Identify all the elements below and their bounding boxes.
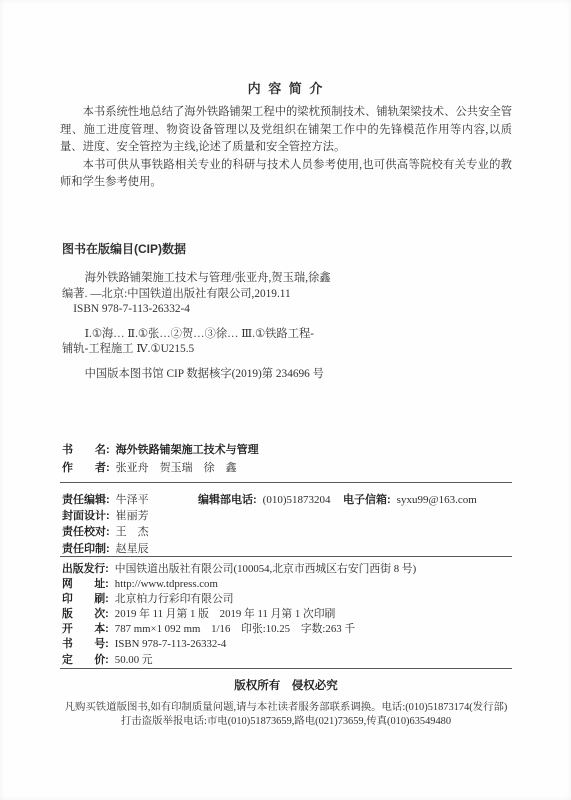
format-label: 开 本: [62, 623, 109, 635]
cip-classification-line-1: Ⅰ.①海… Ⅱ.①张…②贺…③徐… Ⅲ.①铁路工程- [62, 327, 380, 343]
book-title-label: 书 名: [62, 444, 110, 456]
edition-row: 版 次:2019 年 11 月第 1 版 2019 年 11 月第 1 次印刷 [62, 607, 522, 622]
editor-cell: 责任编辑:牛泽平 [62, 492, 149, 508]
copyright-page: 内 容 简 介 本书系统性地总结了海外铁路铺架工程中的梁枕预制技术、铺轨架梁技术… [0, 0, 571, 800]
piracy-report-line: 打击盗版举报电话:市电(010)51873659,路电(021)73659,传真… [60, 715, 512, 729]
isbn-label: 书 号: [62, 638, 109, 650]
book-author-value: 张亚舟 贺玉瑞 徐 鑫 [116, 462, 237, 474]
cip-classification-line-2: 铺轨-工程施工 Ⅳ.①U215.5 [62, 342, 380, 358]
dept-phone-label: 编辑部电话: [198, 494, 257, 506]
proofreader-value: 王 杰 [116, 526, 149, 538]
proofreader-label: 责任校对: [62, 526, 110, 538]
print-supervisor-value: 赵星辰 [116, 543, 149, 555]
cip-isbn: ISBN 978-7-113-26332-4 [62, 302, 380, 318]
email-value: syxu99@163.com [397, 494, 477, 506]
staff-section: 责任编辑:牛泽平 编辑部电话:(010)51873204 电子信箱:syxu99… [62, 492, 512, 557]
cover-design-label: 封面设计: [62, 510, 110, 522]
cip-record-number: 中国版本图书馆 CIP 数据核字(2019)第 234696 号 [62, 367, 380, 383]
dept-phone-cell: 编辑部电话:(010)51873204 [198, 492, 331, 508]
price-label: 定 价: [62, 654, 109, 666]
edition-value: 2019 年 11 月第 1 版 2019 年 11 月第 1 次印刷 [115, 608, 336, 620]
copyright-notice: 版权所有 侵权必究 [60, 677, 512, 693]
book-author-label: 作 者: [62, 462, 110, 474]
book-title-row: 书 名:海外铁路铺架施工技术与管理 [62, 441, 512, 459]
cip-publisher-line: 编著. —北京:中国铁道出版社有限公司,2019.11 [62, 287, 380, 303]
summary-paragraph-1: 本书系统性地总结了海外铁路铺架工程中的梁枕预制技术、铺轨架梁技术、公共安全管理、… [60, 104, 512, 157]
format-row: 开 本:787 mm×1 092 mm 1/16 印张:10.25 字数:263… [62, 622, 522, 637]
cip-heading: 图书在版编目(CIP)数据 [62, 240, 380, 257]
format-value: 787 mm×1 092 mm 1/16 印张:10.25 字数:263 千 [115, 623, 355, 635]
edition-label: 版 次: [62, 608, 109, 620]
editor-value: 牛泽平 [116, 494, 149, 506]
divider-1 [60, 482, 512, 483]
website-row: 网 址:http://www.tdpress.com [62, 577, 522, 592]
summary-paragraph-2: 本书可供从事铁路相关专业的科研与技术人员参考使用,也可供高等院校有关专业的教师和… [60, 157, 512, 192]
summary-title: 内 容 简 介 [60, 78, 512, 97]
service-contact-line: 凡购买铁道版图书,如有印制质量问题,请与本社读者服务部联系调换。电话:(010)… [60, 701, 512, 715]
cover-design-value: 崔丽芳 [116, 510, 149, 522]
staff-row-print-supervisor: 责任印制:赵星辰 [62, 541, 512, 557]
publishing-section: 出版发行:中国铁道出版社有限公司(100054,北京市西城区右安门西街 8 号)… [62, 562, 522, 668]
book-title-value: 海外铁路铺架施工技术与管理 [116, 444, 259, 456]
price-value: 50.00 元 [115, 654, 153, 666]
printer-label: 印 刷: [62, 593, 109, 605]
printer-row: 印 刷:北京柏力行彩印有限公司 [62, 592, 522, 607]
email-label: 电子信箱: [343, 494, 391, 506]
cip-title-authors: 海外铁路铺架施工技术与管理/张亚舟,贺玉瑞,徐鑫 [62, 271, 380, 287]
dept-phone-value: (010)51873204 [263, 494, 331, 506]
staff-row-cover-design: 封面设计:崔丽芳 [62, 508, 512, 524]
website-value: http://www.tdpress.com [115, 578, 218, 590]
print-supervisor-label: 责任印制: [62, 543, 110, 555]
copyright-section: 版权所有 侵权必究 凡购买铁道版图书,如有印制质量问题,请与本社读者服务部联系调… [60, 677, 512, 728]
publisher-row: 出版发行:中国铁道出版社有限公司(100054,北京市西城区右安门西街 8 号) [62, 562, 522, 577]
cip-section: 图书在版编目(CIP)数据 海外铁路铺架施工技术与管理/张亚舟,贺玉瑞,徐鑫 编… [62, 240, 380, 383]
publisher-value: 中国铁道出版社有限公司(100054,北京市西城区右安门西街 8 号) [115, 563, 416, 575]
publisher-label: 出版发行: [62, 563, 109, 575]
email-cell: 电子信箱:syxu99@163.com [343, 492, 477, 508]
staff-row-proofreader: 责任校对:王 杰 [62, 524, 512, 540]
isbn-value: ISBN 978-7-113-26332-4 [115, 638, 226, 650]
divider-3 [60, 668, 512, 669]
printer-value: 北京柏力行彩印有限公司 [115, 593, 234, 605]
book-info-section: 书 名:海外铁路铺架施工技术与管理 作 者:张亚舟 贺玉瑞 徐 鑫 [62, 441, 512, 477]
content-summary-section: 内 容 简 介 本书系统性地总结了海外铁路铺架工程中的梁枕预制技术、铺轨架梁技术… [60, 78, 512, 192]
website-label: 网 址: [62, 578, 109, 590]
divider-2 [60, 556, 512, 557]
book-author-row: 作 者:张亚舟 贺玉瑞 徐 鑫 [62, 459, 512, 477]
editor-label: 责任编辑: [62, 494, 110, 506]
staff-row-editor: 责任编辑:牛泽平 编辑部电话:(010)51873204 电子信箱:syxu99… [62, 492, 512, 508]
price-row: 定 价:50.00 元 [62, 653, 522, 668]
isbn-row: 书 号:ISBN 978-7-113-26332-4 [62, 637, 522, 652]
